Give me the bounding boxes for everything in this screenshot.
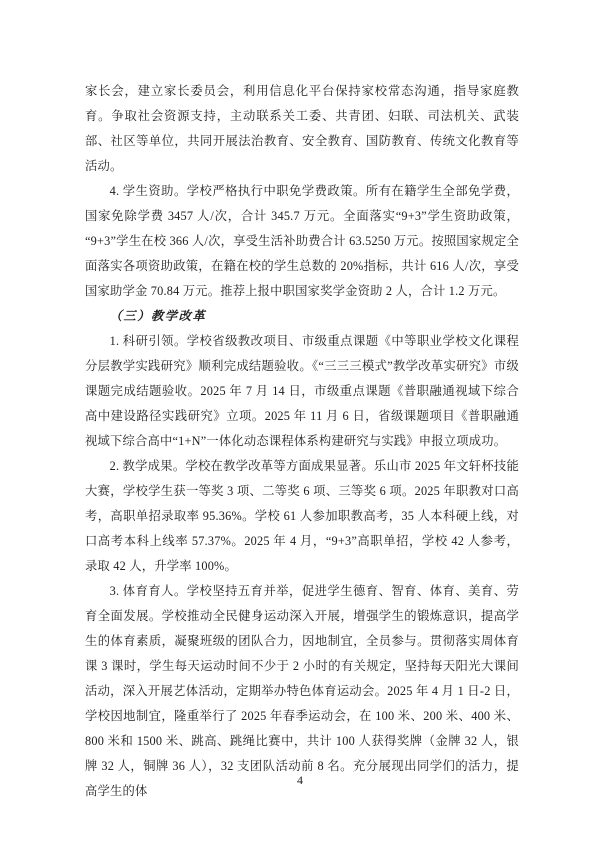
page-number: 4 [0,770,600,790]
body-paragraph: 2. 教学成果。学校在教学改革等方面成果显著。乐山市 2025 年文轩杯技能大赛… [85,454,519,579]
body-paragraph: 家长会，建立家长委员会，利用信息化平台保持家校常态沟通，指导家庭教育。争取社会资… [85,79,519,179]
document-body: 家长会，建立家长委员会，利用信息化平台保持家校常态沟通，指导家庭教育。争取社会资… [85,79,519,804]
body-paragraph: 4. 学生资助。学校严格执行中职免学费政策。所有在籍学生全部免学费，国家免除学费… [85,179,519,304]
body-paragraph: 1. 科研引领。学校省级教改项目、市级重点课题《中等职业学校文化课程分层教学实践… [85,329,519,454]
section-heading: （三）教学改革 [85,304,519,329]
document-page: 家长会，建立家长委员会，利用信息化平台保持家校常态沟通，指导家庭教育。争取社会资… [0,0,600,848]
